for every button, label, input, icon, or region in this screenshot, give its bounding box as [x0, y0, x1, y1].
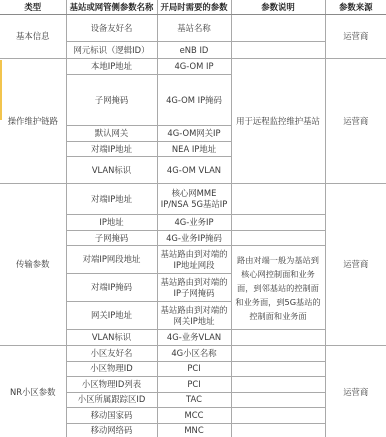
table-row: 传输参数 对端IP地址 核心网MME IP/NSA 5G基站IP 运营商 [0, 184, 386, 215]
param-name: 子网掩码 [66, 75, 157, 126]
open-param: eNB ID [157, 42, 231, 59]
param-desc [231, 408, 325, 424]
open-param: 核心网MME IP/NSA 5G基站IP [157, 184, 231, 215]
param-desc [231, 215, 325, 231]
open-param: 基站路由到对端的IP地址网段 [157, 246, 231, 274]
param-desc [231, 392, 325, 408]
param-name: IP地址 [66, 215, 157, 231]
param-desc-merged: 用于远程监控维护基站 [231, 59, 325, 184]
param-desc [231, 330, 325, 346]
table-row: NR小区参数 小区友好名 4G小区名称 运营商 [0, 346, 386, 362]
parameter-table: 类型 基站或网管侧参数名称 开局时需要的参数 参数说明 参数来源 基本信息 设备… [0, 0, 386, 437]
open-param: 4G-OM网关IP [157, 126, 231, 142]
param-name: VLAN标识 [66, 330, 157, 346]
param-desc [231, 346, 325, 362]
header-description: 参数说明 [231, 0, 325, 15]
open-param: PCI [157, 377, 231, 393]
param-name: 网关IP地址 [66, 302, 157, 330]
category-transport: 传输参数 [0, 184, 66, 346]
param-name: 默认网关 [66, 126, 157, 142]
param-name: 移动网络码 [66, 423, 157, 437]
param-name: 移动国家码 [66, 408, 157, 424]
param-name: 设备友好名 [66, 15, 157, 42]
table-row: 基本信息 设备友好名 基站名称 运营商 [0, 15, 386, 42]
param-source: 运营商 [325, 15, 386, 59]
param-name: 对端IP地址 [66, 184, 157, 215]
open-param: 基站路由到对端的网关IP地址 [157, 302, 231, 330]
param-desc [231, 42, 325, 59]
param-name: VLAN标识 [66, 157, 157, 184]
param-name: 小区物理ID [66, 361, 157, 377]
param-desc [231, 231, 325, 246]
param-source: 运营商 [325, 59, 386, 184]
open-param: MCC [157, 408, 231, 424]
param-desc [231, 361, 325, 377]
category-basic-info: 基本信息 [0, 15, 66, 59]
open-param: 4G-OM VLAN [157, 157, 231, 184]
table-header-row: 类型 基站或网管侧参数名称 开局时需要的参数 参数说明 参数来源 [0, 0, 386, 15]
open-param: 基站名称 [157, 15, 231, 42]
open-param: TAC [157, 392, 231, 408]
param-name: 网元标识（逻辑ID） [66, 42, 157, 59]
param-name: 小区物理ID列表 [66, 377, 157, 393]
category-om-link: 操作维护链路 [0, 59, 66, 184]
header-source: 参数来源 [325, 0, 386, 15]
open-param: 4G小区名称 [157, 346, 231, 362]
open-param: MNC [157, 423, 231, 437]
param-desc-merged: 路由对端一般为基站到核心网控制面和业务面，到邻基站的控制面和业务面，到5G基站的… [231, 246, 325, 330]
param-desc [231, 423, 325, 437]
param-name: 对端IP网段地址 [66, 246, 157, 274]
param-desc [231, 184, 325, 215]
param-name: 对端IP掩码 [66, 274, 157, 302]
open-param: 4G-业务IP [157, 215, 231, 231]
param-source: 运营商 [325, 184, 386, 346]
param-name: 对端IP地址 [66, 142, 157, 157]
header-param-name: 基站或网管侧参数名称 [66, 0, 157, 15]
table-row: 操作维护链路 本地IP地址 4G-OM IP 用于远程监控维护基站 运营商 [0, 59, 386, 75]
header-type: 类型 [0, 0, 66, 15]
open-param: 4G-OM IP [157, 59, 231, 75]
open-param: 4G-业务VLAN [157, 330, 231, 346]
param-name: 小区所属跟踪区ID [66, 392, 157, 408]
param-source: 运营商 [325, 346, 386, 437]
param-desc [231, 15, 325, 42]
param-name: 小区友好名 [66, 346, 157, 362]
open-param: 4G-业务IP掩码 [157, 231, 231, 246]
header-open-param: 开局时需要的参数 [157, 0, 231, 15]
param-desc [231, 377, 325, 393]
param-name: 本地IP地址 [66, 59, 157, 75]
param-name: 子网掩码 [66, 231, 157, 246]
category-nr-cell: NR小区参数 [0, 346, 66, 437]
open-param: NEA IP地址 [157, 142, 231, 157]
open-param: PCI [157, 361, 231, 377]
open-param: 基站路由到对端的IP子网掩码 [157, 274, 231, 302]
open-param: 4G-OM IP掩码 [157, 75, 231, 126]
